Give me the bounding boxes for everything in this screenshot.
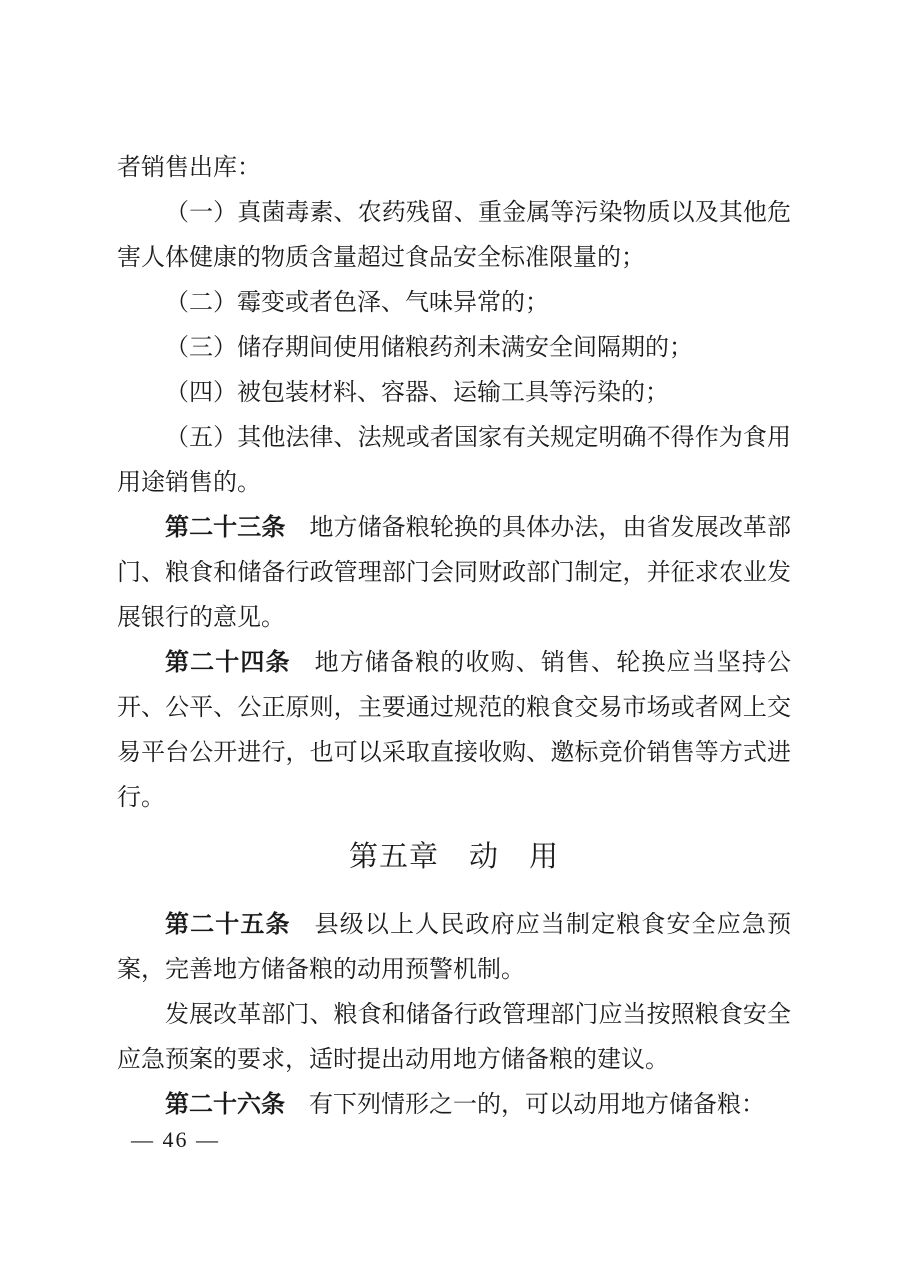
continuation-paragraph: 者销售出库： <box>117 146 791 191</box>
article-23-number: 第二十三条 <box>165 515 285 541</box>
article-25-paragraph: 第二十五条县级以上人民政府应当制定粮食安全应急预案，完善地方储备粮的动用预警机制… <box>117 903 791 993</box>
document-page: 者销售出库： （一）真菌毒素、农药残留、重金属等污染物质以及其他危害人体健康的物… <box>0 0 900 1272</box>
article-23-paragraph: 第二十三条地方储备粮轮换的具体办法，由省发展改革部门、粮食和储备行政管理部门会同… <box>117 506 791 641</box>
document-content: 者销售出库： （一）真菌毒素、农药残留、重金属等污染物质以及其他危害人体健康的物… <box>117 146 791 1128</box>
chapter-heading: 第五章 动 用 <box>117 834 791 880</box>
article-26-text: 有下列情形之一的，可以动用地方储备粮： <box>309 1092 765 1118</box>
list-item-4: （四）被包装材料、容器、运输工具等污染的； <box>117 371 791 416</box>
list-item-3: （三）储存期间使用储粮药剂未满安全间隔期的； <box>117 326 791 371</box>
list-item-1: （一）真菌毒素、农药残留、重金属等污染物质以及其他危害人体健康的物质含量超过食品… <box>117 191 791 281</box>
page-number: — 46 — <box>131 1126 220 1154</box>
article-24-paragraph: 第二十四条地方储备粮的收购、销售、轮换应当坚持公开、公平、公正原则，主要通过规范… <box>117 641 791 821</box>
article-24-number: 第二十四条 <box>165 650 291 676</box>
body-paragraph: 发展改革部门、粮食和储备行政管理部门应当按照粮食安全应急预案的要求，适时提出动用… <box>117 993 791 1083</box>
article-26-number: 第二十六条 <box>165 1092 285 1118</box>
list-item-2: （二）霉变或者色泽、气味异常的； <box>117 281 791 326</box>
article-25-number: 第二十五条 <box>165 912 291 938</box>
list-item-5: （五）其他法律、法规或者国家有关规定明确不得作为食用用途销售的。 <box>117 416 791 506</box>
article-26-paragraph: 第二十六条有下列情形之一的，可以动用地方储备粮： <box>117 1083 791 1128</box>
